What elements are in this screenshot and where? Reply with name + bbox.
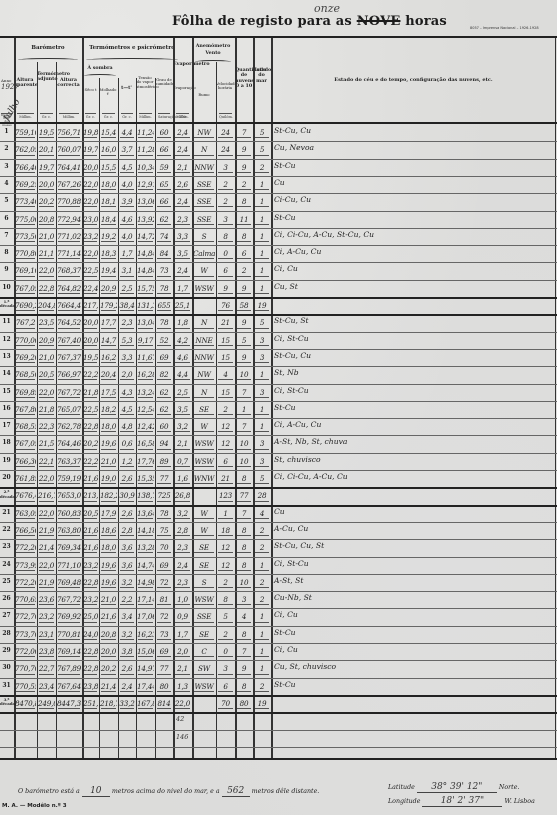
handwriting-underline: [16, 172, 35, 173]
cell-tp: 16,2: [100, 353, 117, 362]
cell-alt-ap: 770,65: [15, 595, 36, 604]
handwriting-underline: [16, 535, 35, 536]
cell-alt-ap: 763,05: [15, 509, 36, 518]
cell-tp: 21,0: [100, 595, 117, 604]
handwriting-underline: [84, 466, 97, 467]
cell-t: 25,0: [83, 612, 98, 621]
title-prefix: Fôlha de registo para as: [172, 14, 352, 29]
handwriting-underline: [218, 241, 233, 242]
cell-vel: 6: [217, 457, 234, 466]
cell-evap: 1,7: [174, 630, 191, 639]
handwriting-underline: [194, 189, 214, 190]
handwriting-underline: [218, 276, 233, 277]
handwriting-underline: [218, 552, 233, 553]
cell-term-adj: 21,5: [38, 439, 55, 448]
day-number: 29: [0, 647, 13, 654]
handwriting-underline: [237, 379, 251, 380]
handwriting-underline: [255, 310, 269, 311]
cell-nuvens: 77: [236, 491, 252, 500]
handwriting-underline: [175, 345, 190, 346]
cell-rumo: S: [193, 232, 215, 241]
cell-nuvens: 7: [236, 422, 252, 431]
handwriting-underline: [101, 708, 116, 709]
handwriting-underline: [58, 137, 80, 138]
cell-humid: 94: [156, 439, 172, 448]
row-divider: [0, 712, 557, 714]
col-header-altura-correcta: Altura correcta: [56, 78, 81, 89]
cell-alt-cor: 760,83: [57, 509, 81, 518]
cell-tp: 17,9: [100, 509, 117, 518]
handwriting-underline: [194, 258, 214, 259]
sky-state-remark: Cu: [274, 178, 285, 187]
handwriting-underline: [194, 362, 214, 363]
latitude-suffix: Norte.: [499, 784, 520, 791]
handwriting-underline: [16, 708, 35, 709]
cell-nuvens: 9: [236, 145, 252, 154]
sky-state-remark: Ci, Ci-Cu, A-Cu, Cu: [274, 472, 348, 481]
handwriting-underline: [157, 518, 171, 519]
handwriting-underline: [138, 656, 153, 657]
handwriting-underline: [175, 258, 190, 259]
handwriting-underline: [218, 501, 233, 502]
handwriting-underline: [16, 224, 35, 225]
sky-state-remark: Ci, St-Cu: [274, 559, 309, 568]
cell-term-adj: 23,1: [38, 630, 55, 639]
cell-rumo: W: [193, 509, 215, 518]
cell-mar: 19: [254, 301, 270, 310]
handwriting-underline: [194, 604, 214, 605]
handwriting-underline: [84, 674, 97, 675]
handwriting-underline: [255, 674, 269, 675]
evaporation-annotation: 42: [176, 715, 184, 723]
cell-evap: 2,1: [174, 664, 191, 673]
handwriting-underline: [39, 189, 54, 190]
cell-tdiff: 4,5: [119, 405, 135, 414]
handwriting-underline: [255, 345, 269, 346]
cell-rumo: WSW: [193, 284, 215, 293]
unit-label: Millim.: [59, 113, 79, 119]
handwriting-underline: [194, 276, 214, 277]
cell-humid: 62: [156, 405, 172, 414]
sky-state-remark: A-Cu, Cu: [274, 524, 308, 533]
handwriting-underline: [237, 587, 251, 588]
cell-alt-cor: 771,02: [57, 232, 81, 241]
cell-tensao: 14,84: [137, 249, 154, 258]
handwriting-underline: [120, 622, 134, 623]
handwriting-underline: [157, 604, 171, 605]
cell-alt-cor: 762,78: [57, 422, 81, 431]
cell-tdiff: 2,4: [119, 682, 135, 691]
handwriting-underline: [84, 276, 97, 277]
handwriting-underline: [120, 276, 134, 277]
unit-label: Gr. c.: [40, 113, 53, 119]
handwriting-underline: [194, 639, 214, 640]
cell-tp: 17,5: [100, 388, 117, 397]
handwriting-underline: [237, 604, 251, 605]
cell-t: 19,7: [83, 145, 98, 154]
handwriting-underline: [138, 328, 153, 329]
handwriting-underline: [237, 345, 251, 346]
handwriting-underline: [175, 483, 190, 484]
sky-state-remark: St-Cu, Cu: [274, 126, 311, 135]
handwriting-underline: [138, 622, 153, 623]
handwriting-underline: [58, 552, 80, 553]
day-number: 2: [0, 145, 13, 152]
cell-tensao: 16,28: [137, 370, 154, 379]
handwriting-underline: [58, 518, 80, 519]
handwriting-underline: [39, 379, 54, 380]
table-row: 21763,0522,0760,8320,517,92,613,64783,2W…: [0, 505, 557, 522]
handwriting-underline: [120, 414, 134, 415]
unit-label: Gr. c.: [102, 113, 115, 119]
cell-vel: 12: [217, 422, 234, 431]
cell-alt-ap: 767,05: [15, 284, 36, 293]
sky-state-remark: Ci, Cu: [274, 264, 298, 273]
col-header-mar: Estado do mar: [253, 68, 270, 84]
handwriting-underline: [84, 206, 97, 207]
handwriting-underline: [237, 137, 251, 138]
handwriting-underline: [194, 691, 214, 692]
handwriting-underline: [175, 431, 190, 432]
cell-evap: 3,5: [174, 249, 191, 258]
handwriting-underline: [157, 622, 171, 623]
cell-alt-ap: 766,30: [15, 457, 36, 466]
cell-t: 19,5: [83, 353, 98, 362]
cell-evap: 4,6: [174, 353, 191, 362]
handwriting-underline: [138, 224, 153, 225]
cell-evap: 2,1: [174, 439, 191, 448]
cell-alt-cor: 760,07: [57, 145, 81, 154]
handwriting-underline: [138, 206, 153, 207]
handwriting-underline: [237, 552, 251, 553]
handwriting-underline: [157, 155, 171, 156]
handwriting-underline: [138, 345, 153, 346]
cell-term-adj: 204,8: [38, 301, 55, 310]
handwriting-underline: [58, 622, 80, 623]
handwriting-underline: [120, 224, 134, 225]
handwriting-underline: [58, 587, 80, 588]
handwriting-underline: [218, 293, 233, 294]
day-number: 26: [0, 595, 13, 602]
cell-alt-ap: 769,10: [15, 266, 36, 275]
cell-tdiff: 2,0: [119, 370, 135, 379]
cell-alt-cor: 764,41: [57, 163, 81, 172]
cell-tp: 18,0: [100, 180, 117, 189]
handwriting-underline: [58, 501, 80, 502]
handwriting-underline: [16, 258, 35, 259]
handwriting-underline: [16, 518, 35, 519]
handwriting-underline: [138, 241, 153, 242]
cell-humid: 66: [156, 145, 172, 154]
handwriting-underline: [16, 552, 35, 553]
unit-label: Millim.: [139, 113, 152, 119]
cell-alt-cor: 764,82: [57, 284, 81, 293]
handwriting-underline: [175, 293, 190, 294]
cell-nuvens: 58: [236, 301, 252, 310]
cell-tensao: 17,14: [137, 595, 154, 604]
cell-term-adj: 21,9: [38, 526, 55, 535]
cell-tp: 18,0: [100, 422, 117, 431]
handwriting-underline: [39, 604, 54, 605]
cell-t: 21,6: [83, 526, 98, 535]
handwriting-underline: [194, 224, 214, 225]
handwriting-underline: [194, 206, 214, 207]
cell-mar: 1: [254, 266, 270, 275]
handwriting-underline: [58, 189, 80, 190]
cell-t: 20,0: [83, 336, 98, 345]
cell-mar: 1: [254, 370, 270, 379]
cell-tdiff: 4,3: [119, 388, 135, 397]
cell-term-adj: 20,8: [38, 215, 55, 224]
handwriting-underline: [218, 310, 233, 311]
cell-term-adj: 20,2: [38, 197, 55, 206]
handwriting-underline: [58, 414, 80, 415]
handwriting-underline: [218, 535, 233, 536]
cell-tensao: 13,24: [137, 388, 154, 397]
handwriting-underline: [101, 622, 116, 623]
handwriting-underline: [138, 258, 153, 259]
handwriting-underline: [218, 224, 233, 225]
cell-tensao: 15,75: [137, 284, 154, 293]
cell-nuvens: 7: [236, 509, 252, 518]
cell-alt-ap: 772,70: [15, 612, 36, 621]
cell-tensao: 16,58: [137, 439, 154, 448]
table-row: 30770,7022,7767,8922,820,22,614,97772,1S…: [0, 660, 557, 677]
handwriting-underline: [175, 449, 190, 450]
cell-t: 22,2: [83, 370, 98, 379]
handwriting-underline: [138, 552, 153, 553]
handwriting-underline: [84, 258, 97, 259]
handwriting-underline: [157, 501, 171, 502]
cell-alt-ap: 775,00: [15, 215, 36, 224]
cell-humid: 725: [156, 491, 172, 500]
cell-alt-cor: 759,19: [57, 474, 81, 483]
cell-t: 21,6: [83, 474, 98, 483]
handwriting-underline: [138, 466, 153, 467]
handwriting-underline: [58, 379, 80, 380]
handwriting-underline: [16, 604, 35, 605]
handwriting-underline: [237, 656, 251, 657]
barometer-note-middle: metros acima do nivel do mar, e a: [112, 788, 220, 795]
table-row: 24773,9522,0771,1023,219,63,614,74692,4S…: [0, 557, 557, 574]
day-number: 22: [0, 526, 13, 533]
barometro-brace: [18, 58, 78, 62]
handwriting-underline: [157, 552, 171, 553]
cell-tp: 19,6: [100, 439, 117, 448]
handwriting-underline: [16, 379, 35, 380]
handwriting-underline: [101, 552, 116, 553]
handwriting-underline: [255, 656, 269, 657]
cell-vel: 12: [217, 439, 234, 448]
handwriting-underline: [58, 310, 80, 311]
title-struck-hour: NOVE: [357, 14, 401, 29]
cell-t: 22,5: [83, 405, 98, 414]
cell-evap: 1,6: [174, 474, 191, 483]
handwriting-underline: [194, 535, 214, 536]
sky-state-remark: St-Cu: [274, 680, 296, 689]
cell-tensao: 13,06: [137, 197, 154, 206]
handwriting-underline: [237, 206, 251, 207]
sky-state-remark: Ci, St-Cu: [274, 386, 309, 395]
cell-term-adj: 22,0: [38, 388, 55, 397]
cell-term-adj: 22,8: [38, 284, 55, 293]
handwriting-underline: [175, 708, 190, 709]
handwriting-underline: [39, 535, 54, 536]
handwriting-underline: [16, 189, 35, 190]
cell-alt-ap: 770,70: [15, 664, 36, 673]
handwriting-underline: [218, 172, 233, 173]
barometro-group-header: Barómetro: [14, 46, 82, 51]
cell-nuvens: 3: [236, 595, 252, 604]
handwriting-underline: [101, 449, 116, 450]
handwriting-underline: [84, 189, 97, 190]
handwriting-underline: [39, 656, 54, 657]
cell-humid: 73: [156, 630, 172, 639]
handwriting-underline: [255, 258, 269, 259]
cell-tensao: 11,24: [137, 128, 154, 137]
cell-tensao: 13,04: [137, 318, 154, 327]
handwriting-underline: [58, 224, 80, 225]
day-number: 23: [0, 543, 13, 550]
cell-tdiff: 3,6: [119, 561, 135, 570]
handwriting-underline: [138, 587, 153, 588]
cell-mar: 1: [254, 215, 270, 224]
handwriting-underline: [39, 431, 54, 432]
cell-alt-cor: 767,72: [57, 388, 81, 397]
cell-mar: 1: [254, 612, 270, 621]
handwriting-underline: [58, 397, 80, 398]
cell-t: 24,0: [83, 630, 98, 639]
handwriting-underline: [120, 206, 134, 207]
cell-evap: 0,9: [174, 612, 191, 621]
cell-t: 22,2: [83, 457, 98, 466]
cell-nuvens: 8: [236, 232, 252, 241]
handwriting-underline: [16, 362, 35, 363]
handwriting-underline: [39, 397, 54, 398]
cell-tensao: 138,76: [137, 491, 154, 500]
handwriting-underline: [157, 293, 171, 294]
unit-label: Quilóm.: [219, 113, 232, 119]
handwriting-underline: [39, 691, 54, 692]
cell-alt-ap: 767,2: [15, 318, 36, 327]
day-number: 27: [0, 612, 13, 619]
latitude-value: 38° 39' 12": [417, 782, 497, 793]
handwriting-underline: [101, 137, 116, 138]
handwriting-underline: [237, 449, 251, 450]
handwriting-underline: [255, 483, 269, 484]
col-header-altura-aparente: Altura aparente: [14, 78, 36, 89]
cell-nuvens: 9: [236, 318, 252, 327]
handwriting-underline: [218, 379, 233, 380]
handwriting-underline: [84, 483, 97, 484]
handwriting-underline: [175, 639, 190, 640]
handwriting-underline: [101, 241, 116, 242]
cell-t: 213,1: [83, 491, 98, 500]
cell-nuvens: 8: [236, 526, 252, 535]
cell-vel: 15: [217, 336, 234, 345]
cell-tp: 15,4: [100, 128, 117, 137]
cell-t: 23,8: [83, 682, 98, 691]
handwriting-underline: [84, 293, 97, 294]
cell-evap: 4,4: [174, 370, 191, 379]
handwriting-underline: [175, 362, 190, 363]
cell-alt-cor: 767,64: [57, 682, 81, 691]
col-header-molhado: Molhado t': [99, 88, 117, 97]
cell-vel: 8: [217, 232, 234, 241]
cell-term-adj: 23,2: [38, 612, 55, 621]
handwriting-underline: [120, 483, 134, 484]
cell-t: 23,2: [83, 561, 98, 570]
table-row: 19766,3022,1763,3722,221,01,217,76890,7W…: [0, 453, 557, 470]
sky-state-remark: St-Cu, Cu, St: [274, 541, 324, 550]
handwriting-underline: [237, 328, 251, 329]
cell-vel: 9: [217, 284, 234, 293]
cell-alt-ap: 773,40: [15, 197, 36, 206]
handwriting-underline: [157, 172, 171, 173]
table-row: 17768,5522,3762,7822,818,04,812,42603,2W…: [0, 418, 557, 435]
cell-t: 19,8: [83, 128, 98, 137]
handwriting-underline: [39, 258, 54, 259]
cell-rumo: SSE: [193, 612, 215, 621]
handwriting-underline: [120, 535, 134, 536]
handwriting-underline: [101, 189, 116, 190]
cell-term-adj: 20,5: [38, 370, 55, 379]
handwriting-underline: [157, 379, 171, 380]
handwriting-underline: [101, 224, 116, 225]
day-number: 12: [0, 336, 13, 343]
handwriting-underline: [194, 397, 214, 398]
cell-evap: 2,5: [174, 388, 191, 397]
handwriting-underline: [39, 674, 54, 675]
cell-humid: 69: [156, 647, 172, 656]
cell-nuvens: 9: [236, 664, 252, 673]
handwriting-underline: [157, 189, 171, 190]
handwriting-underline: [120, 362, 134, 363]
handwriting-underline: [84, 414, 97, 415]
handwriting-underline: [255, 172, 269, 173]
cell-nuvens: 5: [236, 336, 252, 345]
handwriting-underline: [120, 328, 134, 329]
handwriting-underline: [175, 276, 190, 277]
handwriting-underline: [255, 362, 269, 363]
cell-alt-cor: 7653,01: [57, 491, 81, 500]
handwriting-underline: [58, 276, 80, 277]
cell-alt-cor: 765,07: [57, 405, 81, 414]
handwriting-underline: [194, 241, 214, 242]
handwriting-underline: [16, 328, 35, 329]
handwriting-underline: [157, 691, 171, 692]
cell-tensao: 15,06: [137, 647, 154, 656]
form-model-label: M. A. — Modêlo n.º 3: [2, 803, 67, 809]
handwriting-underline: [39, 414, 54, 415]
handwriting-underline: [218, 155, 233, 156]
cell-mar: 3: [254, 439, 270, 448]
handwriting-underline: [255, 189, 269, 190]
cell-nuvens: 8: [236, 561, 252, 570]
handwriting-underline: [175, 310, 190, 311]
cell-alt-ap: 761,85: [15, 474, 36, 483]
cell-humid: 69: [156, 561, 172, 570]
cell-term-adj: 216,7: [38, 491, 55, 500]
cell-vel: 24: [217, 128, 234, 137]
cell-term-adj: 22,0: [38, 266, 55, 275]
cell-evap: 2,0: [174, 647, 191, 656]
cell-tp: 19,6: [100, 561, 117, 570]
cell-term-adj: 19,5: [38, 128, 55, 137]
handwriting-underline: [175, 535, 190, 536]
day-number: 24: [0, 561, 13, 568]
cell-nuvens: 7: [236, 388, 252, 397]
